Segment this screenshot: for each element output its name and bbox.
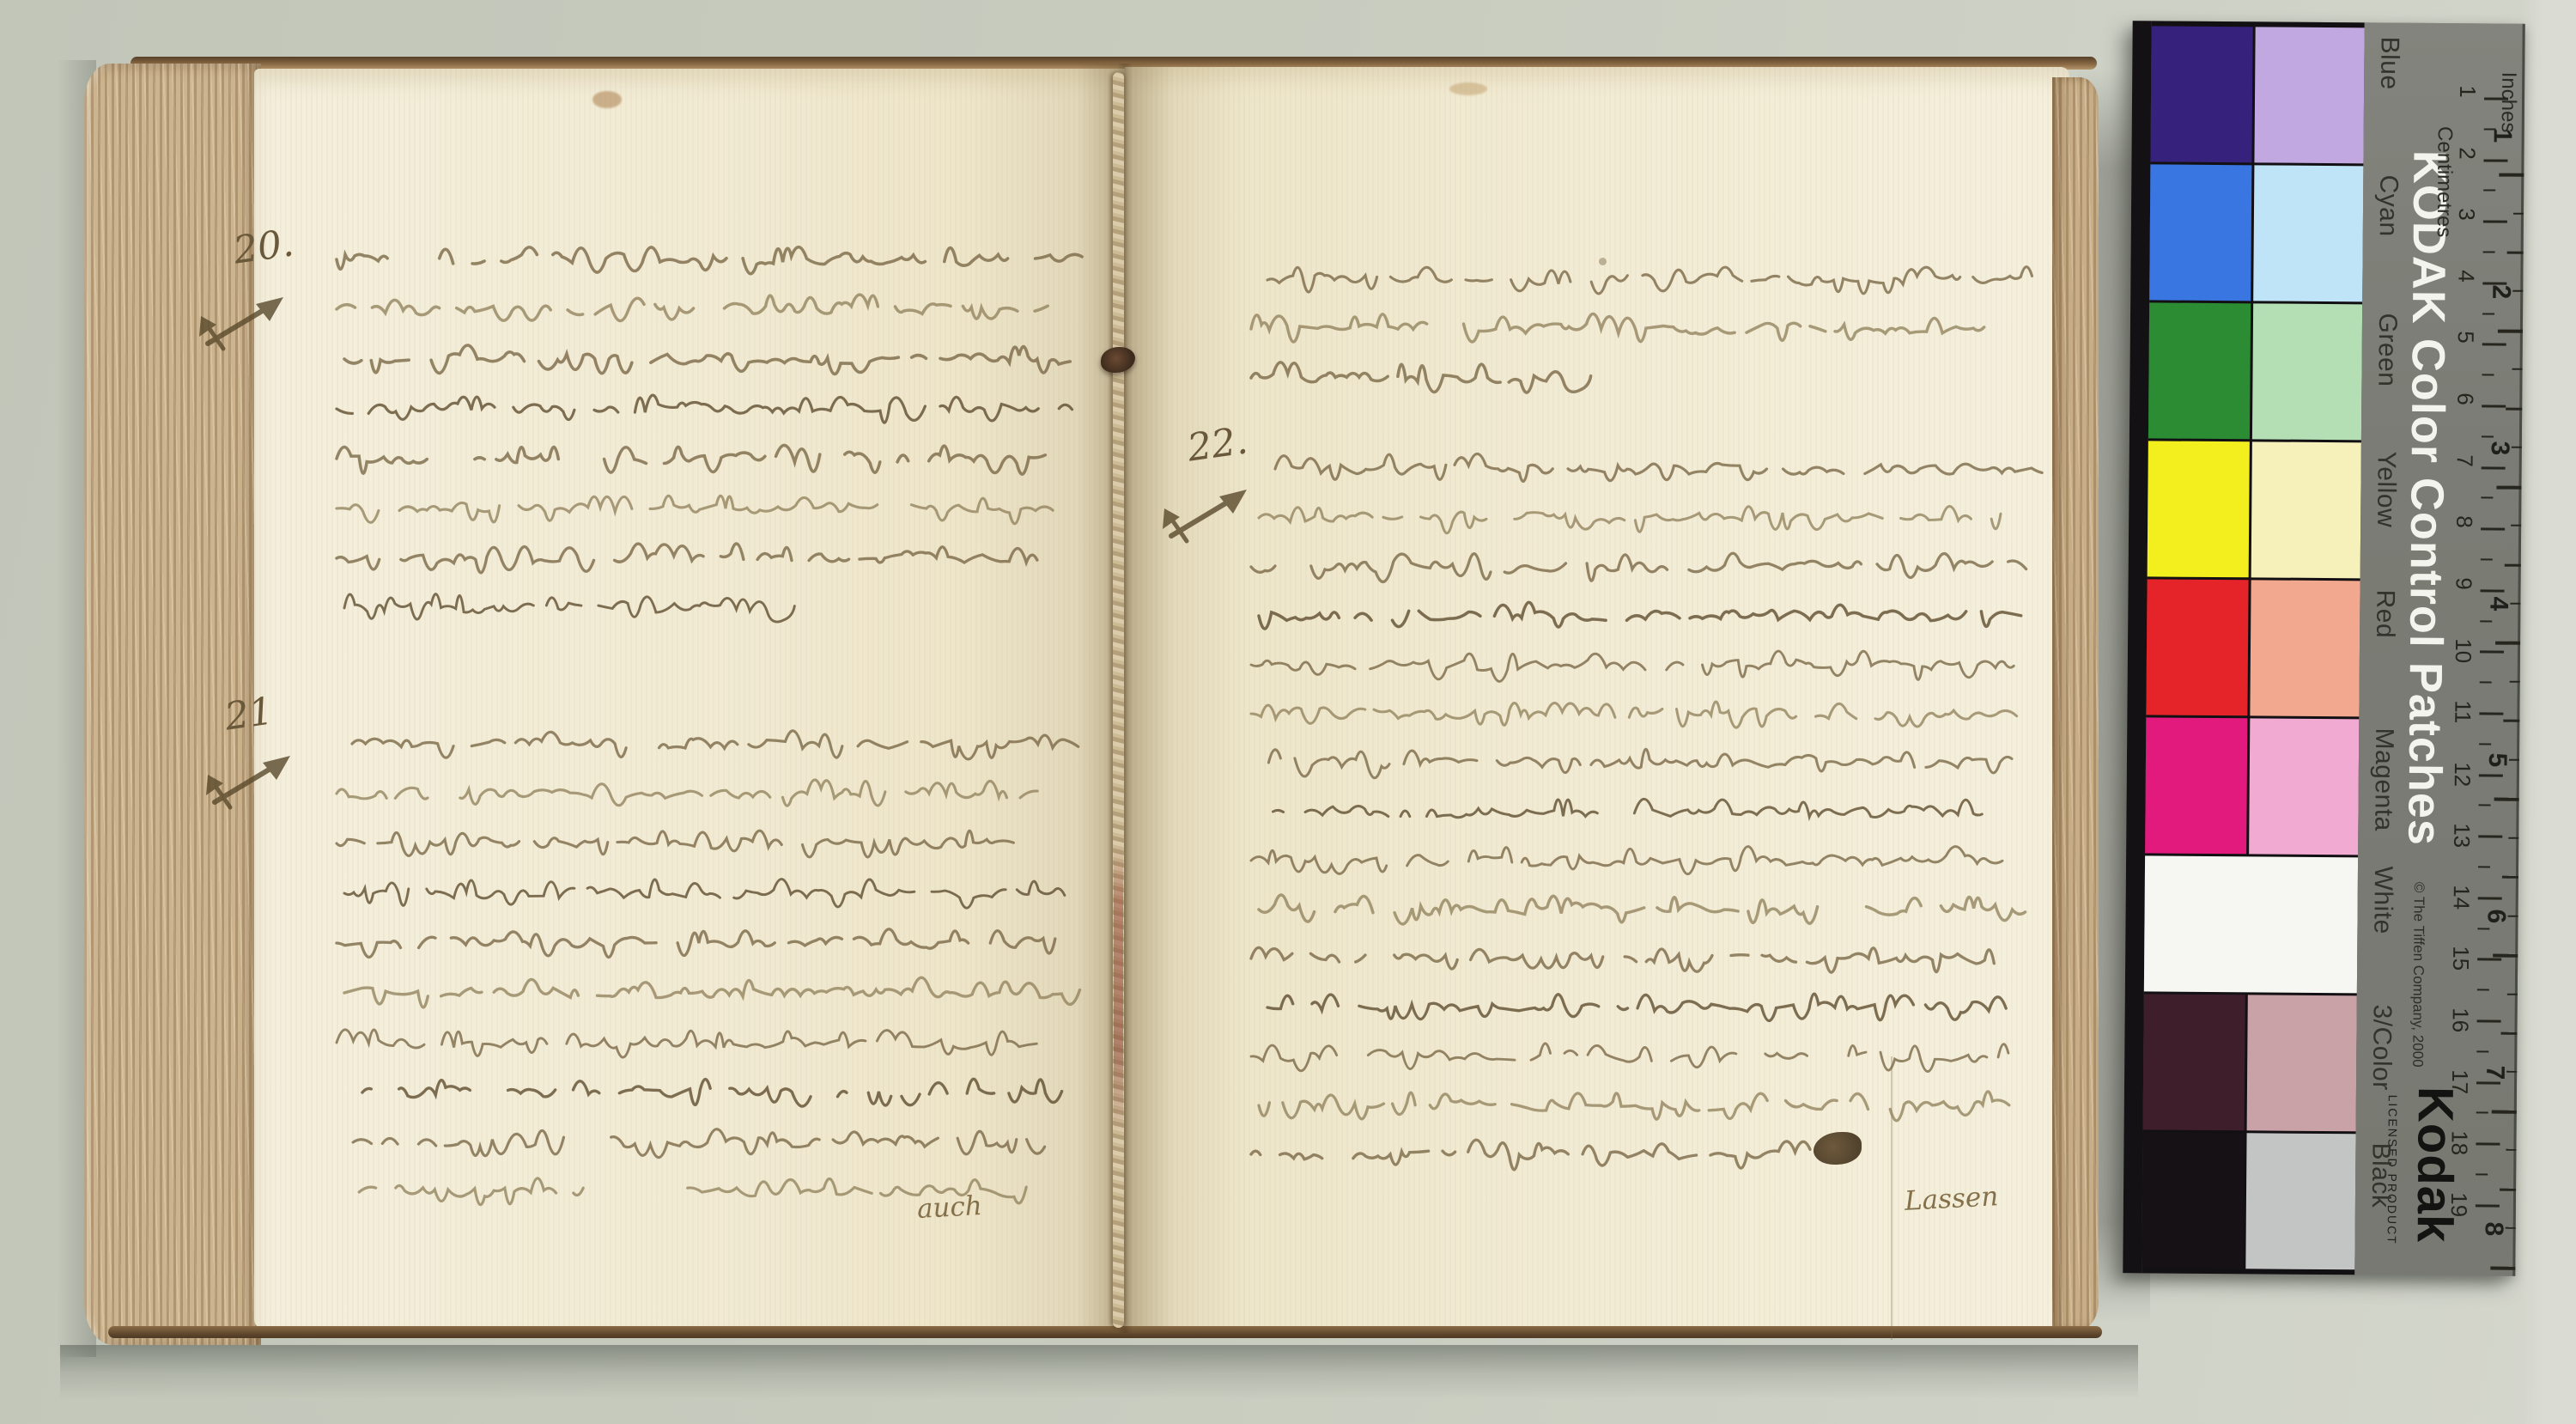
patch-label: Cyan	[2375, 174, 2402, 236]
section-number: 20.	[231, 221, 296, 272]
patch-label: Blue	[2376, 36, 2402, 89]
cm-half-tick	[2476, 1173, 2488, 1175]
cm-number: 8	[2453, 515, 2476, 528]
patch-tint	[2252, 303, 2362, 440]
inch-number: 8	[2481, 1221, 2506, 1236]
cm-half-tick	[2476, 1050, 2488, 1052]
kodak-color-control-card: KODAK Color Control Patches © The Tiffen…	[2123, 21, 2524, 1276]
patch-label: Black	[2367, 1142, 2394, 1208]
cm-tick	[2482, 344, 2506, 346]
inch-number: 7	[2482, 1065, 2507, 1080]
patch-solid	[2145, 717, 2247, 854]
cm-number: 10	[2452, 639, 2475, 664]
inch-number: 4	[2485, 597, 2511, 612]
section-arrow-icon	[1161, 464, 1273, 550]
patch-tint	[2247, 995, 2357, 1131]
patch-label: Magenta	[2370, 727, 2397, 831]
cm-number: 11	[2451, 700, 2474, 723]
cm-number: 3	[2456, 208, 2478, 221]
inch-quarter-tick	[2506, 1149, 2516, 1151]
cm-number: 18	[2448, 1130, 2470, 1155]
patch-tint	[2253, 165, 2363, 301]
patch-label: Red	[2372, 589, 2397, 638]
cm-tick	[2476, 1204, 2500, 1207]
section-arrow-icon	[197, 271, 309, 357]
manuscript-line	[1249, 349, 1552, 409]
patch-solid	[2142, 1132, 2244, 1269]
cm-half-tick	[2476, 1112, 2488, 1114]
inch-half-tick	[2503, 720, 2519, 722]
cm-tick	[2479, 712, 2503, 715]
patch-row-magenta	[2145, 717, 2359, 855]
patch-tint	[2251, 441, 2361, 578]
cm-half-tick	[2482, 374, 2494, 376]
cm-number: 5	[2455, 332, 2477, 344]
inch-tick	[2499, 173, 2524, 177]
cm-number: 7	[2454, 454, 2476, 467]
cm-tick	[2478, 897, 2502, 899]
patch-tint	[2245, 1133, 2355, 1269]
section-number: 22.	[1185, 418, 1250, 470]
cm-number: 15	[2450, 946, 2472, 971]
card-title: KODAK Color Control Patches	[2401, 150, 2452, 846]
cm-half-tick	[2480, 620, 2492, 622]
cm-half-tick	[2477, 989, 2489, 991]
ink-blot	[1814, 1132, 1862, 1165]
inch-half-tick	[2506, 407, 2522, 410]
cm-tick	[2476, 1081, 2500, 1084]
inch-tick	[2493, 954, 2518, 958]
cm-number: 1	[2457, 85, 2479, 98]
patch-label: White	[2369, 866, 2396, 934]
cm-half-tick	[2481, 558, 2493, 560]
patch-row-red	[2146, 579, 2360, 716]
inch-tick	[2495, 642, 2520, 645]
inch-quarter-tick	[2507, 993, 2518, 995]
patch-row-3color	[2143, 994, 2357, 1131]
inch-number: 5	[2484, 753, 2510, 768]
inch-number: 2	[2488, 284, 2513, 299]
patch-solid	[2149, 164, 2251, 301]
card-copyright: © The Tiffen Company, 2000	[2410, 882, 2427, 1068]
cm-half-tick	[2481, 497, 2493, 499]
cm-tick	[2484, 97, 2508, 100]
inch-half-tick	[2502, 876, 2518, 879]
patch-grid	[2142, 21, 2364, 1275]
inch-tick	[2496, 485, 2521, 489]
patch-solid	[2148, 441, 2250, 577]
inch-half-tick	[2505, 563, 2521, 566]
cm-half-tick	[2479, 805, 2491, 806]
inch-quarter-tick	[2512, 368, 2523, 370]
inch-tick	[2498, 329, 2523, 332]
patch-row-cyan	[2149, 164, 2363, 301]
cm-tick	[2483, 159, 2507, 161]
inch-quarter-tick	[2510, 681, 2520, 683]
catchword: Lassen	[1904, 1181, 1999, 1217]
cm-number: 6	[2454, 393, 2476, 405]
cm-number: 9	[2453, 577, 2476, 590]
inch-quarter-tick	[2513, 212, 2524, 214]
cm-half-tick	[2479, 743, 2491, 745]
patch-label: Green	[2373, 313, 2400, 386]
cm-number: 17	[2449, 1069, 2471, 1094]
cm-number: 19	[2448, 1192, 2470, 1217]
cm-number: 12	[2451, 762, 2474, 787]
inch-quarter-tick	[2508, 837, 2518, 838]
cm-tick	[2480, 651, 2504, 654]
patch-row-black	[2142, 1132, 2355, 1269]
cm-number: 2	[2456, 147, 2478, 160]
inch-number: 1	[2489, 128, 2515, 143]
inch-number: 3	[2487, 441, 2512, 455]
patch-row-green	[2148, 302, 2362, 440]
cm-number: 13	[2451, 823, 2473, 848]
cm-tick	[2482, 405, 2506, 407]
cm-tick	[2481, 589, 2505, 592]
photo-of-manuscript: 20.21auch22.Lassen KODAK Color Control P…	[0, 0, 2576, 1424]
section-arrow-icon	[204, 730, 316, 816]
cm-half-tick	[2482, 435, 2494, 437]
cm-tick	[2481, 528, 2505, 531]
patch-solid	[2150, 26, 2252, 162]
patch-tint	[2254, 27, 2364, 163]
cm-half-tick	[2482, 313, 2494, 314]
inch-tick	[2490, 1266, 2515, 1269]
cm-tick	[2482, 466, 2506, 469]
inch-number: 6	[2482, 909, 2508, 923]
inch-tick	[2494, 798, 2519, 801]
cm-number: 4	[2455, 270, 2477, 283]
cm-half-tick	[2478, 866, 2490, 867]
cm-tick	[2478, 836, 2502, 838]
cm-half-tick	[2477, 928, 2489, 929]
patch-solid	[2146, 579, 2248, 715]
patch-label: 3/Color	[2368, 1004, 2395, 1090]
inch-quarter-tick	[2511, 525, 2521, 526]
cm-tick	[2477, 1019, 2501, 1022]
ruler-band: KODAK Color Control Patches © The Tiffen…	[2354, 22, 2524, 1275]
patch-solid	[2148, 302, 2251, 439]
cm-tick	[2476, 1143, 2500, 1146]
catchword: auch	[916, 1190, 983, 1225]
cm-tick	[2483, 221, 2507, 223]
manuscript-line	[343, 579, 758, 639]
inch-half-tick	[2507, 252, 2524, 254]
cm-tick	[2477, 958, 2501, 961]
cm-half-tick	[2483, 251, 2495, 253]
patch-row-yellow	[2148, 441, 2361, 578]
patch-tint	[2250, 580, 2360, 716]
manuscript-line	[1249, 1125, 1808, 1185]
patch-tint	[2249, 718, 2359, 855]
patch-row-blue	[2150, 26, 2364, 163]
cm-half-tick	[2483, 190, 2495, 192]
patch-solid	[2143, 994, 2245, 1130]
kodak-logo: Kodak	[2409, 1086, 2460, 1244]
patch-white	[2144, 855, 2358, 993]
patch-label: Yellow	[2372, 451, 2399, 527]
cm-number: 16	[2449, 1007, 2471, 1032]
inch-half-tick	[2500, 1032, 2517, 1035]
inches-label: Inches	[2498, 72, 2519, 133]
patch-row-white	[2144, 855, 2358, 993]
inch-tick	[2492, 1110, 2517, 1113]
cm-tick	[2479, 774, 2503, 776]
inch-half-tick	[2500, 1188, 2516, 1190]
cm-number: 14	[2451, 885, 2473, 910]
centimetres-label: Centimetres	[2433, 126, 2455, 238]
cm-half-tick	[2480, 682, 2492, 684]
